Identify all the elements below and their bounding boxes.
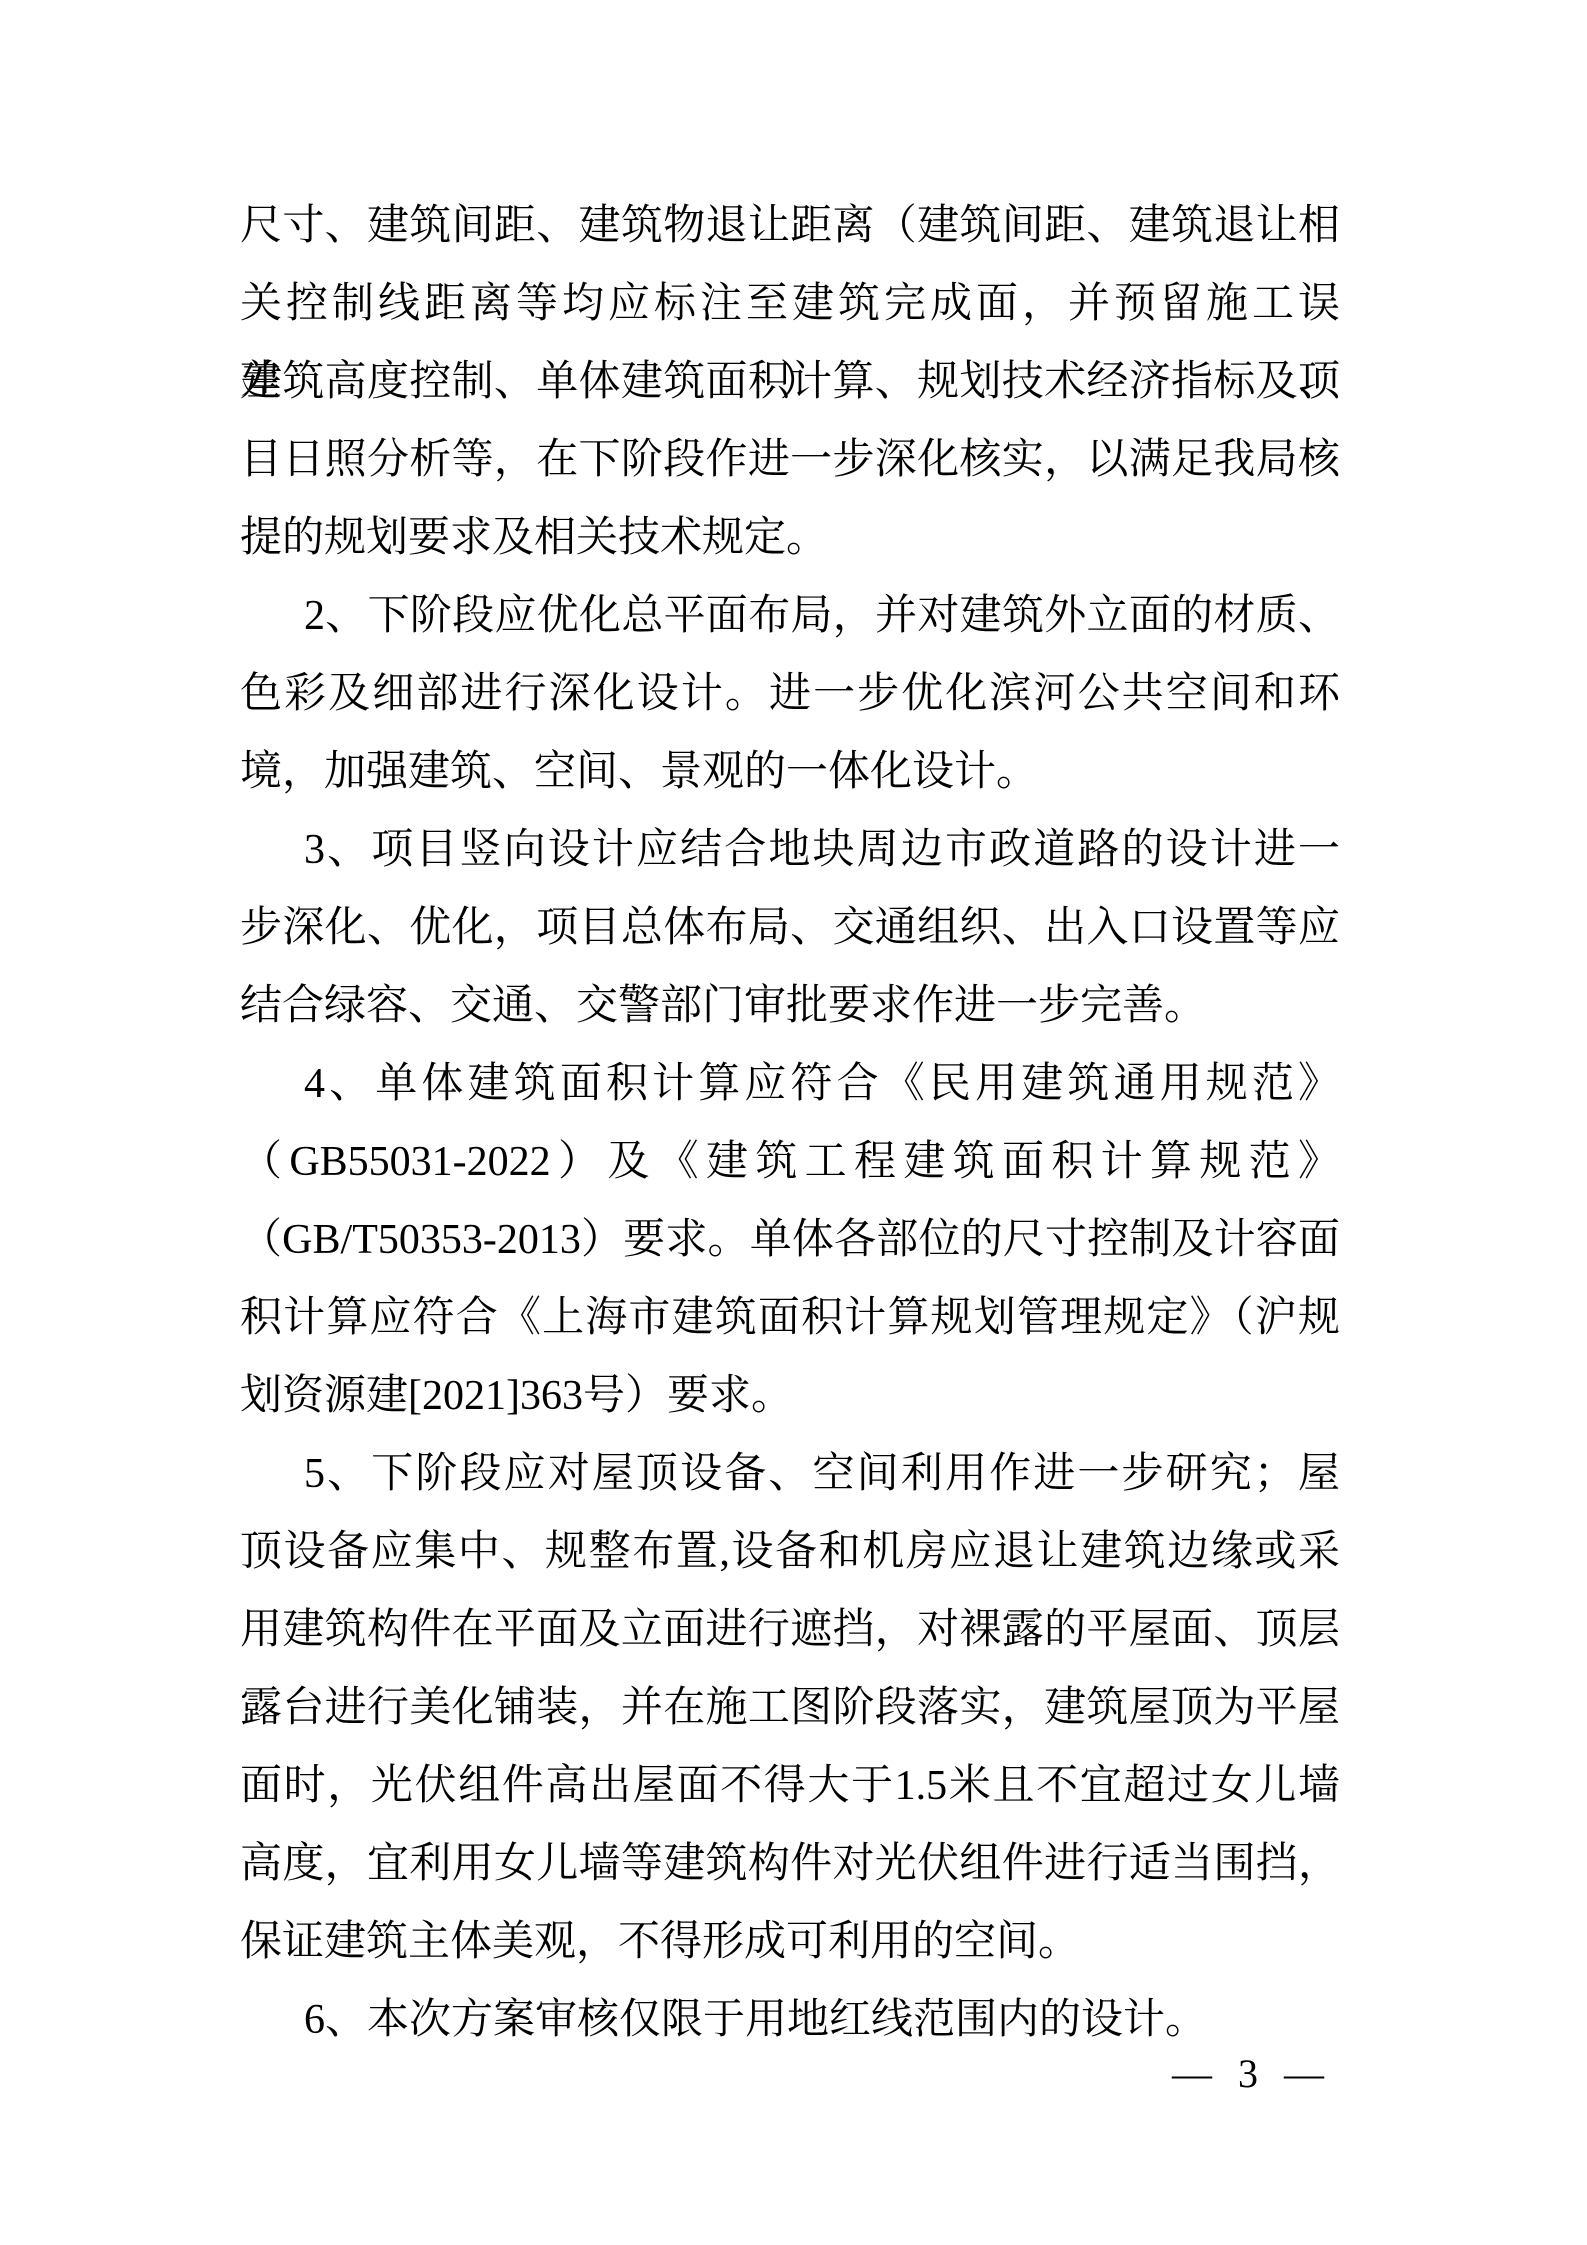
text-line: 用建筑构件在平面及立面进行遮挡，对裸露的平屋面、顶层 [240,1591,1340,1669]
text-line: 露台进行美化铺装，并在施工图阶段落实，建筑屋顶为平屋 [240,1669,1340,1747]
text-line: 4、单体建筑面积计算应符合《民用建筑通用规范》 [240,1045,1340,1123]
text-line: 2、下阶段应优化总平面布局，并对建筑外立面的材质、 [240,577,1340,655]
text-line: 步深化、优化，项目总体布局、交通组织、出入口设置等应 [240,889,1340,967]
text-line: 5、下阶段应对屋顶设备、空间利用作进一步研究；屋 [240,1435,1340,1513]
text-line: 积计算应符合《上海市建筑面积计算规划管理规定》（沪规 [240,1279,1340,1357]
text-line: 结合绿容、交通、交警部门审批要求作进一步完善。 [240,967,1340,1045]
text-line: 划资源建[2021]363号）要求。 [240,1357,1340,1435]
document-page: 尺寸、建筑间距、建筑物退让距离（建筑间距、建筑退让相 关控制线距离等均应标注至建… [0,0,1587,2245]
body-text: 尺寸、建筑间距、建筑物退让距离（建筑间距、建筑退让相 关控制线距离等均应标注至建… [240,187,1340,2059]
text-line: 3、项目竖向设计应结合地块周边市政道路的设计进一 [240,811,1340,889]
text-line: 高度，宜利用女儿墙等建筑构件对光伏组件进行适当围挡， [240,1825,1340,1903]
text-line: 顶设备应集中、规整布置,设备和机房应退让建筑边缘或采 [240,1513,1340,1591]
text-line: 建筑高度控制、单体建筑面积计算、规划技术经济指标及项 [240,343,1340,421]
text-line: 目日照分析等，在下阶段作进一步深化核实，以满足我局核 [240,421,1340,499]
text-line: 提的规划要求及相关技术规定。 [240,499,1340,577]
text-line: 关控制线距离等均应标注至建筑完成面，并预留施工误差）、 [240,265,1340,343]
text-line: 色彩及细部进行深化设计。进一步优化滨河公共空间和环 [240,655,1340,733]
text-line: 尺寸、建筑间距、建筑物退让距离（建筑间距、建筑退让相 [240,187,1340,265]
text-line: 保证建筑主体美观，不得形成可利用的空间。 [240,1903,1340,1981]
page-number: — 3 — [1172,2052,1332,2096]
text-line: 6、本次方案审核仅限于用地红线范围内的设计。 [240,1981,1340,2059]
text-line: 面时，光伏组件高出屋面不得大于1.5米且不宜超过女儿墙 [240,1747,1340,1825]
text-line: 境，加强建筑、空间、景观的一体化设计。 [240,733,1340,811]
text-line: （GB55031-2022）及《建筑工程建筑面积计算规范》 [240,1123,1340,1201]
text-line: （GB/T50353-2013）要求。单体各部位的尺寸控制及计容面 [240,1201,1340,1279]
